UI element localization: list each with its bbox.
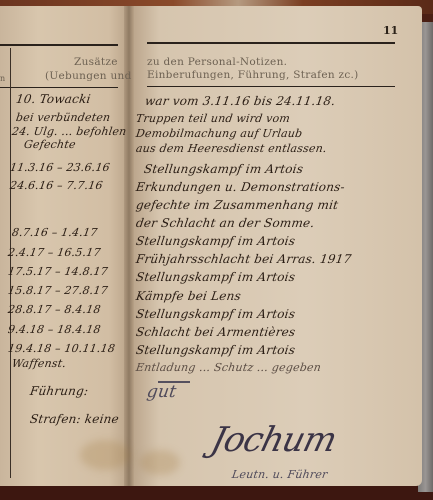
conduct-label: Führung: xyxy=(29,384,89,398)
entry-right: Stellungskampf im Artois xyxy=(135,234,296,248)
header-right-line2: Einberufungen, Führung, Strafen zc.) xyxy=(147,69,359,81)
entry-left: Gefechte xyxy=(23,138,76,151)
header-left-line2: (Uebungen und xyxy=(45,70,132,82)
page-number: 11 xyxy=(383,24,398,37)
entry-left: 8.7.16 – 1.4.17 xyxy=(11,226,98,239)
entry-left: 2.4.17 – 16.5.17 xyxy=(7,246,101,259)
header-rule-right-top xyxy=(147,42,395,44)
entry-right: Stellungskampf im Artois xyxy=(135,270,296,284)
entry-right: Kämpfe bei Lens xyxy=(135,289,242,303)
entry-left: 24.6.16 – 7.7.16 xyxy=(9,179,103,192)
header-right-line1: zu den Personal-Notizen. xyxy=(147,56,287,68)
officer-signature: Jochum xyxy=(207,420,340,460)
entry-left: Waffenst. xyxy=(11,357,67,370)
entry-left: 24. Ulg. ... befohlen xyxy=(11,125,127,138)
header-left-line1: Zusätze xyxy=(74,56,118,68)
entry-left: 11.3.16 – 23.6.16 xyxy=(9,161,111,174)
conduct-underline xyxy=(158,381,190,383)
signature-title: Leutn. u. Führer xyxy=(231,468,328,481)
entry-right: Demobilmachung auf Urlaub xyxy=(135,127,303,140)
entry-right: der Schlacht an der Somme. xyxy=(135,216,315,230)
entry-left: bei verbündeten xyxy=(15,111,111,124)
table-surface-bottom xyxy=(0,485,433,500)
entry-right: Erkundungen u. Demonstrations- xyxy=(135,180,346,194)
header-rule-left-bottom xyxy=(0,87,118,88)
entry-left: 19.4.18 – 10.11.18 xyxy=(7,342,116,355)
entry-right: Stellungskampf im Artois xyxy=(135,343,296,357)
water-stain xyxy=(80,440,130,470)
entry-right: Schlacht bei Armentières xyxy=(135,325,296,339)
conduct-value: gut xyxy=(146,382,178,402)
entry-left: 15.8.17 – 27.8.17 xyxy=(7,284,109,297)
entry-left: 17.5.17 – 14.8.17 xyxy=(7,265,109,278)
header-rule-left-top xyxy=(0,44,118,46)
water-stain xyxy=(140,450,180,475)
entry-right: Truppen teil und wird vom xyxy=(135,112,291,125)
entry-right: gefechte im Zusammenhang mit xyxy=(135,198,339,212)
entry-right: Entladung ... Schutz ... gegeben xyxy=(135,361,322,374)
column-divider xyxy=(10,48,11,478)
entry-right: aus dem Heeresdienst entlassen. xyxy=(135,142,328,155)
entry-left: 28.8.17 – 8.4.18 xyxy=(7,303,101,316)
punishments-label: Strafen: keine xyxy=(29,412,120,426)
entry-right: Frühjahrsschlacht bei Arras. 1917 xyxy=(135,252,352,266)
entry-right: war vom 3.11.16 bis 24.11.18. xyxy=(144,94,336,108)
entry-left: 10. Towacki xyxy=(15,92,92,106)
header-rule-right-bottom xyxy=(147,86,395,87)
entry-right: Stellungskampf im Artois xyxy=(143,162,304,176)
entry-left: 9.4.18 – 18.4.18 xyxy=(7,323,101,336)
header-fragment: n xyxy=(0,74,5,83)
entry-right: Stellungskampf im Artois xyxy=(135,307,296,321)
